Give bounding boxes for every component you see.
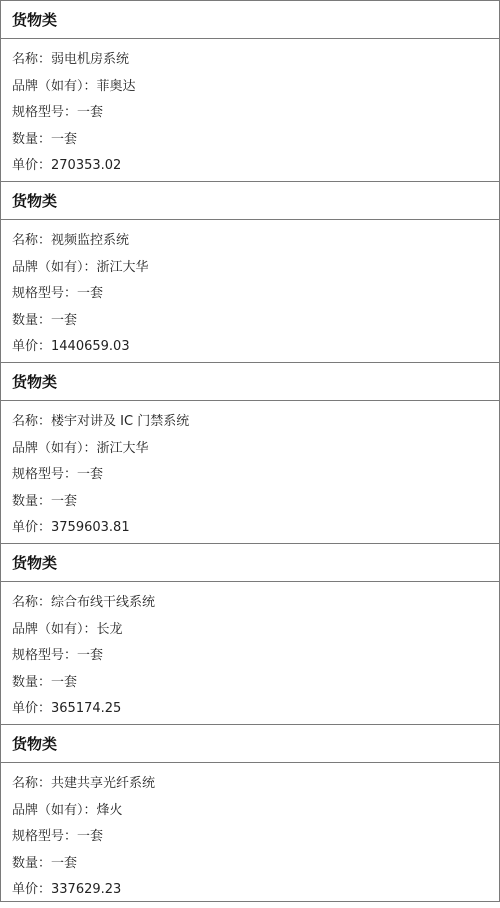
brand-value: 烽火: [97, 803, 123, 818]
unit-price-value: 365174.25: [51, 701, 121, 716]
brand-value: 浙江大华: [97, 260, 149, 275]
name-label: 名称：: [12, 414, 51, 429]
goods-item: 货物类 名称：楼宇对讲及 IC 门禁系统 品牌（如有）：浙江大华 规格型号：一套…: [1, 363, 499, 544]
spec-value: 一套: [77, 648, 103, 663]
category-heading: 货物类: [1, 544, 499, 582]
brand-value: 长龙: [97, 622, 123, 637]
name-value: 楼宇对讲及 IC 门禁系统: [51, 414, 189, 429]
name-row: 名称：共建共享光纤系统: [12, 771, 499, 798]
brand-label: 品牌（如有）：: [12, 260, 97, 275]
quantity-label: 数量：: [12, 856, 51, 871]
goods-item: 货物类 名称：弱电机房系统 品牌（如有）：菲奥达 规格型号：一套 数量：一套 单…: [1, 1, 499, 182]
item-details: 名称：弱电机房系统 品牌（如有）：菲奥达 规格型号：一套 数量：一套 单价：27…: [1, 39, 499, 182]
spec-label: 规格型号：: [12, 286, 77, 301]
item-details: 名称：共建共享光纤系统 品牌（如有）：烽火 规格型号：一套 数量：一套 单价：3…: [1, 763, 499, 902]
unit-price-value: 3759603.81: [51, 520, 130, 535]
category-heading: 货物类: [1, 725, 499, 763]
quantity-value: 一套: [51, 132, 77, 147]
unit-price-row: 单价：337629.23: [12, 877, 499, 904]
quantity-row: 数量：一套: [12, 670, 499, 697]
spec-row: 规格型号：一套: [12, 643, 499, 670]
spec-label: 规格型号：: [12, 105, 77, 120]
quantity-row: 数量：一套: [12, 308, 499, 335]
name-row: 名称：弱电机房系统: [12, 47, 499, 74]
item-details: 名称：综合布线干线系统 品牌（如有）：长龙 规格型号：一套 数量：一套 单价：3…: [1, 582, 499, 725]
unit-price-value: 1440659.03: [51, 339, 130, 354]
quantity-label: 数量：: [12, 132, 51, 147]
spec-value: 一套: [77, 286, 103, 301]
spec-label: 规格型号：: [12, 648, 77, 663]
unit-price-label: 单价：: [12, 339, 51, 354]
category-heading: 货物类: [1, 363, 499, 401]
brand-value: 浙江大华: [97, 441, 149, 456]
brand-label: 品牌（如有）：: [12, 622, 97, 637]
brand-value: 菲奥达: [97, 79, 136, 94]
spec-value: 一套: [77, 829, 103, 844]
spec-label: 规格型号：: [12, 829, 77, 844]
quantity-value: 一套: [51, 856, 77, 871]
spec-value: 一套: [77, 105, 103, 120]
unit-price-label: 单价：: [12, 882, 51, 897]
unit-price-row: 单价：3759603.81: [12, 515, 499, 542]
unit-price-label: 单价：: [12, 520, 51, 535]
name-value: 共建共享光纤系统: [51, 776, 155, 791]
category-heading: 货物类: [1, 182, 499, 220]
spec-row: 规格型号：一套: [12, 824, 499, 851]
item-details: 名称：视频监控系统 品牌（如有）：浙江大华 规格型号：一套 数量：一套 单价：1…: [1, 220, 499, 363]
name-label: 名称：: [12, 595, 51, 610]
name-row: 名称：楼宇对讲及 IC 门禁系统: [12, 409, 499, 436]
quantity-row: 数量：一套: [12, 489, 499, 516]
brand-label: 品牌（如有）：: [12, 803, 97, 818]
brand-label: 品牌（如有）：: [12, 79, 97, 94]
quantity-row: 数量：一套: [12, 851, 499, 878]
name-row: 名称：视频监控系统: [12, 228, 499, 255]
brand-row: 品牌（如有）：浙江大华: [12, 255, 499, 282]
brand-label: 品牌（如有）：: [12, 441, 97, 456]
brand-row: 品牌（如有）：浙江大华: [12, 436, 499, 463]
brand-row: 品牌（如有）：菲奥达: [12, 74, 499, 101]
spec-label: 规格型号：: [12, 467, 77, 482]
quantity-row: 数量：一套: [12, 127, 499, 154]
goods-item: 货物类 名称：综合布线干线系统 品牌（如有）：长龙 规格型号：一套 数量：一套 …: [1, 544, 499, 725]
category-heading: 货物类: [1, 1, 499, 39]
name-value: 综合布线干线系统: [51, 595, 155, 610]
spec-value: 一套: [77, 467, 103, 482]
name-label: 名称：: [12, 776, 51, 791]
item-details: 名称：楼宇对讲及 IC 门禁系统 品牌（如有）：浙江大华 规格型号：一套 数量：…: [1, 401, 499, 544]
brand-row: 品牌（如有）：烽火: [12, 798, 499, 825]
spec-row: 规格型号：一套: [12, 281, 499, 308]
brand-row: 品牌（如有）：长龙: [12, 617, 499, 644]
name-label: 名称：: [12, 52, 51, 67]
quantity-label: 数量：: [12, 675, 51, 690]
name-label: 名称：: [12, 233, 51, 248]
spec-row: 规格型号：一套: [12, 462, 499, 489]
spec-row: 规格型号：一套: [12, 100, 499, 127]
goods-list: 货物类 名称：弱电机房系统 品牌（如有）：菲奥达 规格型号：一套 数量：一套 单…: [0, 0, 500, 902]
quantity-label: 数量：: [12, 494, 51, 509]
goods-item: 货物类 名称：共建共享光纤系统 品牌（如有）：烽火 规格型号：一套 数量：一套 …: [1, 725, 499, 902]
name-value: 弱电机房系统: [51, 52, 129, 67]
quantity-label: 数量：: [12, 313, 51, 328]
unit-price-row: 单价：270353.02: [12, 153, 499, 180]
unit-price-value: 337629.23: [51, 882, 121, 897]
name-value: 视频监控系统: [51, 233, 129, 248]
unit-price-value: 270353.02: [51, 158, 121, 173]
unit-price-label: 单价：: [12, 701, 51, 716]
unit-price-label: 单价：: [12, 158, 51, 173]
quantity-value: 一套: [51, 313, 77, 328]
unit-price-row: 单价：1440659.03: [12, 334, 499, 361]
quantity-value: 一套: [51, 494, 77, 509]
goods-item: 货物类 名称：视频监控系统 品牌（如有）：浙江大华 规格型号：一套 数量：一套 …: [1, 182, 499, 363]
quantity-value: 一套: [51, 675, 77, 690]
name-row: 名称：综合布线干线系统: [12, 590, 499, 617]
unit-price-row: 单价：365174.25: [12, 696, 499, 723]
